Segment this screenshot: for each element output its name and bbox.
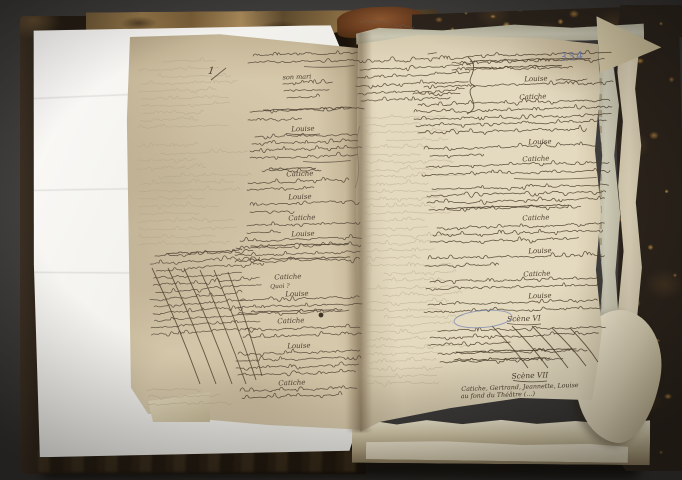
strikethrough-stroke [447,204,569,208]
crossout-diagonal [184,268,232,384]
bleedthrough-writing [386,137,449,142]
crossout-diagonal [492,326,528,368]
underline-flourish [303,161,351,163]
handwriting-stroke [430,154,484,159]
handwriting-word: Catiche [286,170,313,179]
bleedthrough-writing [383,270,456,276]
handwriting-word: Louise [287,193,312,202]
handwriting-stroke [250,144,362,153]
bleedthrough-writing [362,373,437,379]
bleedthrough-writing [362,379,439,387]
bleedthrough-writing [137,240,230,246]
bleedthrough-writing [361,202,436,209]
handwriting-stroke [413,91,460,97]
bleedthrough-writing [139,195,204,200]
bleedthrough-writing [363,226,428,231]
bleedthrough-writing [139,201,219,209]
handwriting-stroke [360,62,471,73]
handwriting-stroke [253,50,357,57]
underline-flourish [304,66,354,68]
handwriting-word: Louise [290,125,315,134]
handwriting-stroke [358,87,465,97]
handwriting-word: Catiche [523,270,550,279]
handwriting-stroke [426,159,609,169]
bleedthrough-writing [138,87,216,95]
handwriting-stroke [238,369,356,378]
bleedthrough-writing [383,291,462,297]
ink-blot [319,313,324,318]
handwriting-word: Catiche [522,155,549,164]
handwriting-stroke [150,253,260,267]
handwriting-stroke [248,58,363,66]
bleedthrough-writing [362,365,443,372]
strikethrough-stroke [250,255,350,260]
bleedthrough-writing [362,158,454,165]
page-number-stamp: 334 [559,49,584,64]
handwriting-stroke [250,152,358,160]
handwriting-stroke [236,354,361,364]
handwriting-stroke [153,275,259,288]
bleedthrough-writing [141,95,229,100]
bleedthrough-writing [162,57,215,62]
bleedthrough-writing [361,284,459,292]
bleedthrough-writing [362,298,449,307]
handwriting-word: Louise [527,138,552,147]
handwriting-word: Catiche [277,317,304,326]
bleedthrough-writing [360,217,424,222]
bleedthrough-writing [139,185,240,193]
bleedthrough-writing [361,165,438,173]
bleedthrough-writing [362,153,420,157]
strikethrough-stroke [166,249,242,256]
crossout-diagonal [228,272,262,376]
bleedthrough-writing [137,216,234,224]
handwriting-stroke [424,305,600,314]
handwriting-stroke [284,89,329,92]
bleedthrough-writing [361,171,465,179]
handwriting-word: Louise [527,292,552,301]
handwriting-stroke [416,118,606,128]
handwriting-stroke [422,167,610,177]
bleedthrough-writing [364,321,454,328]
handwriting-stroke [437,222,604,231]
bleedthrough-writing [363,336,427,342]
handwriting-stroke [438,325,605,334]
bleedthrough-writing [160,148,248,155]
bleedthrough-writing [138,123,228,128]
handwriting-stroke [242,391,342,400]
handwriting-stroke [428,298,598,306]
crossout-diagonal [532,326,568,368]
handwriting-word: Scène VII [511,370,549,380]
bleedthrough-writing [140,79,237,85]
bleedthrough-writing [363,239,432,246]
bleedthrough-writing [142,110,204,116]
bleedthrough-writing [140,178,234,185]
handwriting-word: Catiche [274,273,301,282]
handwriting-stroke [252,138,358,146]
bleedthrough-writing [137,163,206,170]
bleedthrough-writing [139,225,237,231]
bleedthrough-writing [363,247,434,252]
handwriting-stroke [156,261,264,273]
handwriting-stroke [428,53,437,54]
bleedthrough-writing [360,188,440,193]
bleedthrough-writing [360,143,431,149]
handwriting-stroke [432,182,609,192]
bleedthrough-writing [139,211,200,216]
bleedthrough-writing [360,232,461,240]
bleedthrough-writing [159,172,252,180]
handwriting-stroke [150,290,242,302]
handwriting-stroke [430,235,579,245]
handwriting-word: Louise [284,290,309,299]
handwriting-stroke [360,20,391,24]
handwriting-stroke [238,301,362,308]
margin-curve [355,126,360,188]
handwriting-stroke [357,70,470,79]
handwriting-stroke [356,78,469,89]
handwriting-stroke [394,24,414,28]
handwriting-stroke [248,117,302,122]
bleedthrough-writing [363,114,446,121]
handwriting-word: Louise [286,342,311,351]
handwriting-word: au fond du Théâtre (…) [461,391,536,401]
handwriting-word: Louise [527,247,552,256]
bleedthrough-writing [384,313,463,319]
handwriting-stroke [427,189,606,199]
handwriting-stroke [243,330,362,338]
bleedthrough-writing [363,343,468,351]
handwriting-stroke [245,324,360,333]
bleedthrough-writing [363,128,461,135]
bleedthrough-writing [147,388,202,392]
handwriting-word: Louise [290,230,315,239]
handwriting-stroke [424,79,613,89]
handwriting-stroke [287,94,320,98]
manuscript-photo: son mariLouiseCaticheLouiseCaticheLouise… [0,0,682,480]
handwriting-stroke [418,96,610,107]
heading-underline [513,381,547,382]
handwriting-ink-layer: son mariLouiseCaticheLouiseCaticheLouise… [0,0,682,480]
handwriting-stroke [247,186,314,191]
handwriting-word: Catiche [288,214,315,223]
bleedthrough-writing [137,142,198,148]
bleedthrough-writing [141,101,230,108]
handwriting-word: Louise [523,75,548,84]
bleedthrough-writing [363,357,437,365]
bleedthrough-writing [364,122,435,127]
handwriting-stroke [428,341,510,348]
handwriting-stroke [430,275,601,284]
handwriting-stroke [470,50,611,58]
bleedthrough-writing [361,179,429,185]
bleedthrough-writing [363,261,451,268]
handwriting-stroke [235,249,360,257]
handwriting-word: Catiche [522,214,549,223]
handwriting-stroke [556,78,587,81]
handwriting-stroke [428,251,605,261]
handwriting-word: Quoi ? [270,283,290,291]
bleedthrough-writing [140,116,199,121]
handwriting-stroke [424,141,601,151]
bleedthrough-writing [360,255,420,262]
handwriting-word: Scène VI [507,313,542,323]
bleedthrough-writing [362,328,446,335]
bleedthrough-writing [364,351,444,356]
handwriting-stroke [427,195,605,206]
handwriting-word: Catiche [519,93,546,102]
bleedthrough-writing [138,233,215,240]
handwriting-stroke [236,241,361,250]
handwriting-stroke [433,228,603,238]
bleedthrough-writing [148,401,232,407]
bleedthrough-writing [149,394,221,400]
handwriting-word: son mari [282,73,311,82]
bleedthrough-writing [138,158,196,164]
underline-flourish [514,178,597,180]
heading-underline [507,324,541,325]
handwriting-word: Catiche [278,379,305,388]
handwriting-stroke [247,230,281,234]
